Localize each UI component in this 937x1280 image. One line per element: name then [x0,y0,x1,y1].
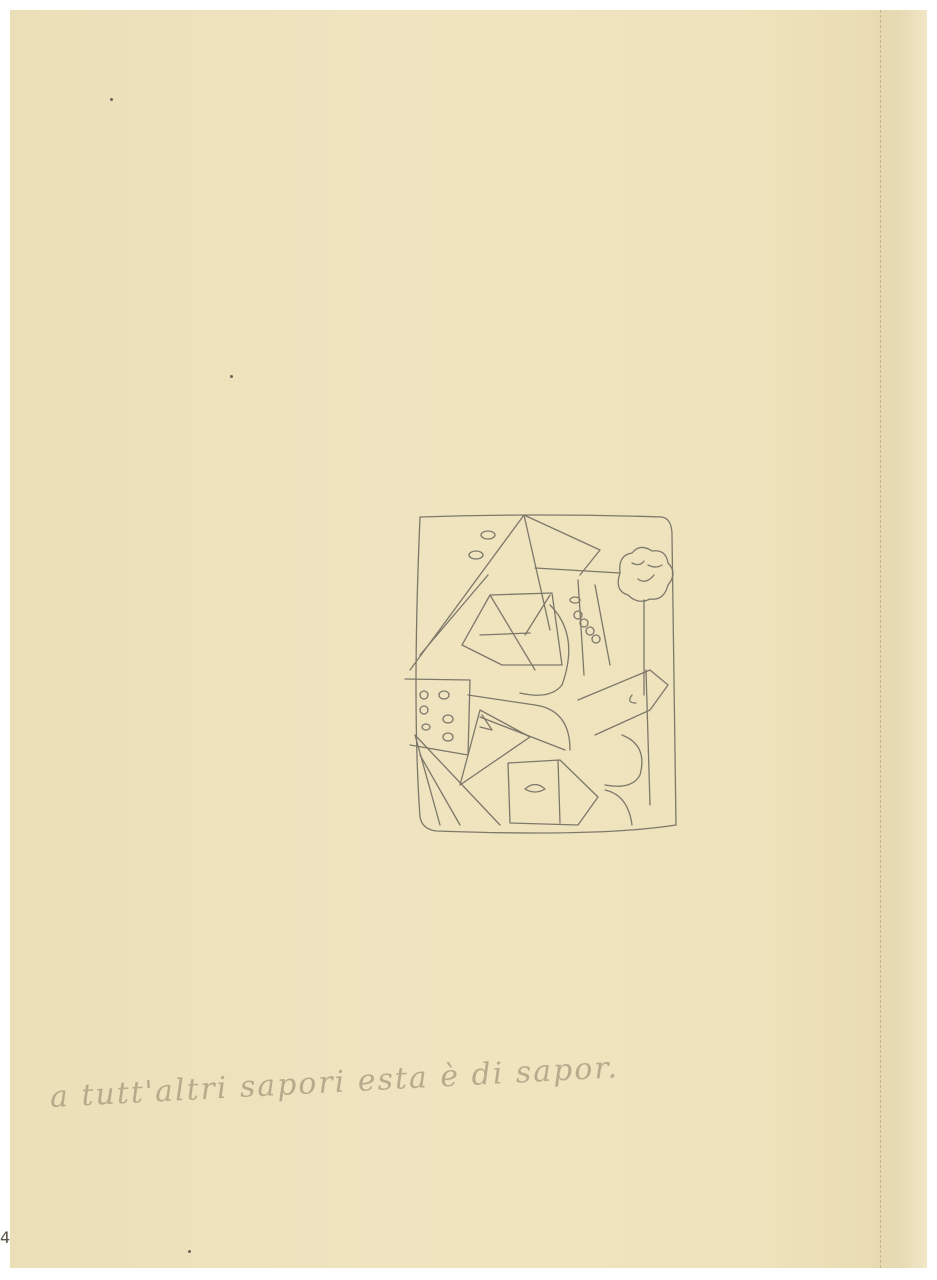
pencil-sketch [400,505,690,845]
page-number-mark: 4 [0,1228,10,1247]
pencil-speck [110,98,113,101]
pencil-speck [188,1250,191,1253]
pencil-speck [230,375,233,378]
paper-sheet: a tutt'altri sapori esta è di sapor. [10,10,927,1268]
paper-fold-shadow [870,10,930,1268]
paper-fold-line [880,10,882,1268]
handwritten-caption: a tutt'altri sapori esta è di sapor. [49,1050,620,1115]
